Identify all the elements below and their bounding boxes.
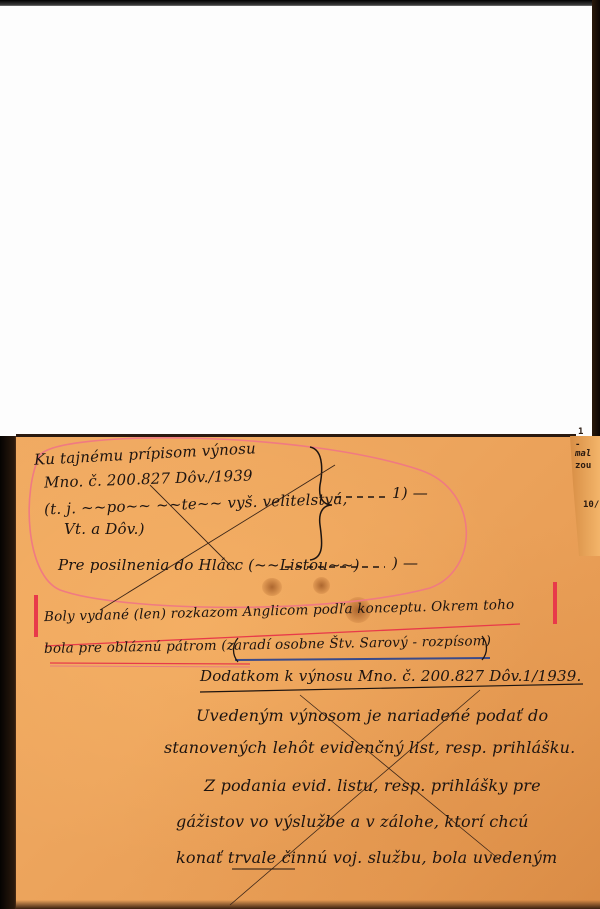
heading-underline xyxy=(200,684,583,692)
handwritten-line: Pre posilnenia do Hlácc (~~Listou~~) xyxy=(58,556,360,574)
red-margin-mark xyxy=(34,595,38,637)
body-line: Z podania evid. listu, resp. prihlášky p… xyxy=(204,776,541,795)
body-line: stanovených lehôt evidenčný list, resp. … xyxy=(164,738,575,757)
blue-underline xyxy=(235,658,490,660)
bracket-label: 1) — xyxy=(392,484,428,502)
red-margin-mark xyxy=(553,582,557,624)
bracket-label: ) — xyxy=(392,554,418,572)
handwritten-line: Vt. a Dôv.) xyxy=(64,520,145,538)
body-line: konať trvale činnú voj. službu, bola uve… xyxy=(176,848,557,867)
body-line: Uvedeným výnosom je nariadené podať do xyxy=(196,706,548,725)
red-underline xyxy=(50,663,250,664)
document-heading: Dodatkom k výnosu Mno. č. 200.827 Dôv.1/… xyxy=(200,667,581,685)
body-line: gážistov vo výslužbe a v zálohe, ktorí c… xyxy=(176,812,529,831)
